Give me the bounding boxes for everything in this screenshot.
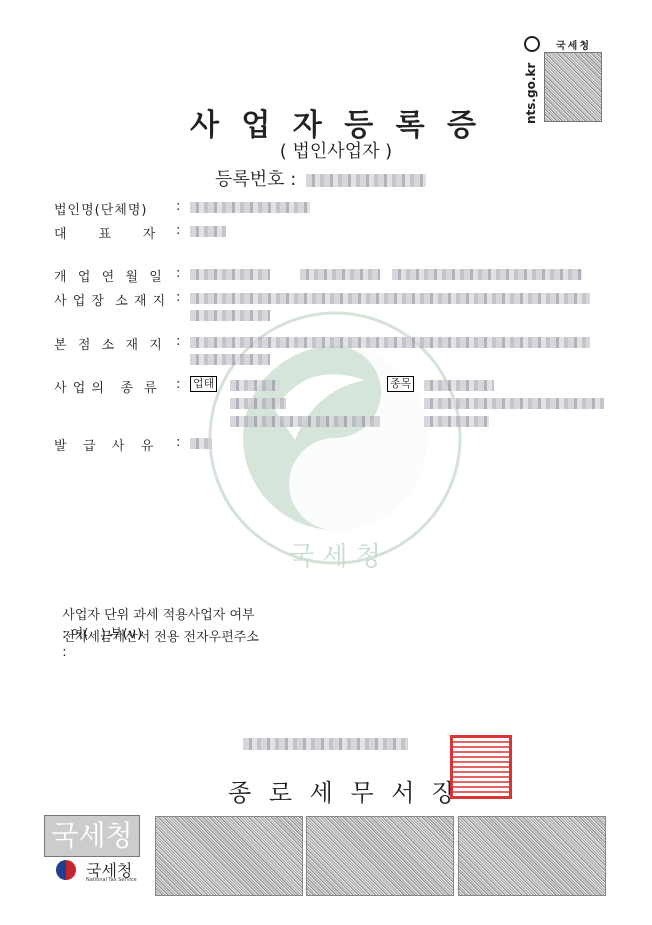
category-value-1	[230, 380, 280, 391]
e-invoice-email-colon: :	[62, 645, 66, 660]
business-address-line2	[190, 310, 270, 321]
item-value-1	[424, 380, 494, 391]
svg-text:국 세 청: 국 세 청	[289, 542, 381, 572]
colon: :	[176, 223, 180, 238]
colon: :	[176, 199, 180, 214]
representative-value	[190, 226, 226, 237]
barcode-block-2	[306, 816, 454, 896]
barcode-block-3	[458, 816, 606, 896]
mascot-icon	[524, 36, 540, 52]
business-address-line1	[190, 293, 590, 304]
category-value-3	[230, 416, 380, 427]
field-label-representative: 대 표 자	[54, 223, 156, 242]
nts-emblem-icon	[56, 860, 76, 880]
colon: :	[176, 266, 180, 281]
colon: :	[176, 334, 180, 349]
official-seal	[450, 735, 512, 799]
field-label-business-address: 사 업 장 소 재 지	[54, 290, 166, 309]
field-label-issue-reason: 발 급 사 유	[54, 435, 154, 454]
field-label-corp-name: 법인명(단체명)	[54, 199, 148, 218]
opening-date-value	[190, 269, 270, 280]
head-office-address-line1	[190, 337, 590, 348]
barcode-block-1	[155, 816, 303, 896]
corp-reg-number-extra	[392, 269, 582, 280]
agency-badge: 국세청	[556, 37, 591, 52]
colon: :	[176, 290, 180, 305]
registration-number-value	[306, 174, 426, 187]
head-office-address-line2	[190, 354, 270, 365]
corp-reg-number-value	[300, 269, 380, 280]
e-invoice-email-label: 전자세금계산서 전용 전자우편주소	[62, 630, 259, 645]
item-value-2	[424, 398, 604, 409]
e-invoice-email-row: 전자세금계산서 전용 전자우편주소 :	[54, 611, 259, 660]
colon: :	[176, 435, 180, 450]
category-value-2	[230, 398, 286, 409]
item-value-3	[424, 416, 489, 427]
issue-date-value	[243, 738, 408, 750]
category-label-box: 업태	[190, 376, 217, 392]
nts-logo-english: National Tax Service	[86, 877, 137, 883]
field-label-business-type: 사 업 의 종 류	[54, 377, 158, 396]
registration-number-label: 등록번호 :	[215, 169, 296, 190]
nts-logo-box: 국세청	[44, 815, 140, 857]
corp-name-value	[190, 202, 310, 213]
issuing-office: 종 로 세 무 서 장	[228, 773, 460, 808]
issue-reason-value	[190, 438, 212, 449]
item-label-box: 종목	[387, 376, 414, 392]
document-subtitle: ( 법인사업자 )	[0, 137, 652, 163]
colon: :	[176, 377, 180, 392]
registration-number-row: 등록번호 :	[215, 165, 426, 191]
field-label-head-office-address: 본 점 소 재 지	[54, 334, 163, 353]
field-label-opening-date: 개 업 연 월 일	[54, 266, 163, 285]
